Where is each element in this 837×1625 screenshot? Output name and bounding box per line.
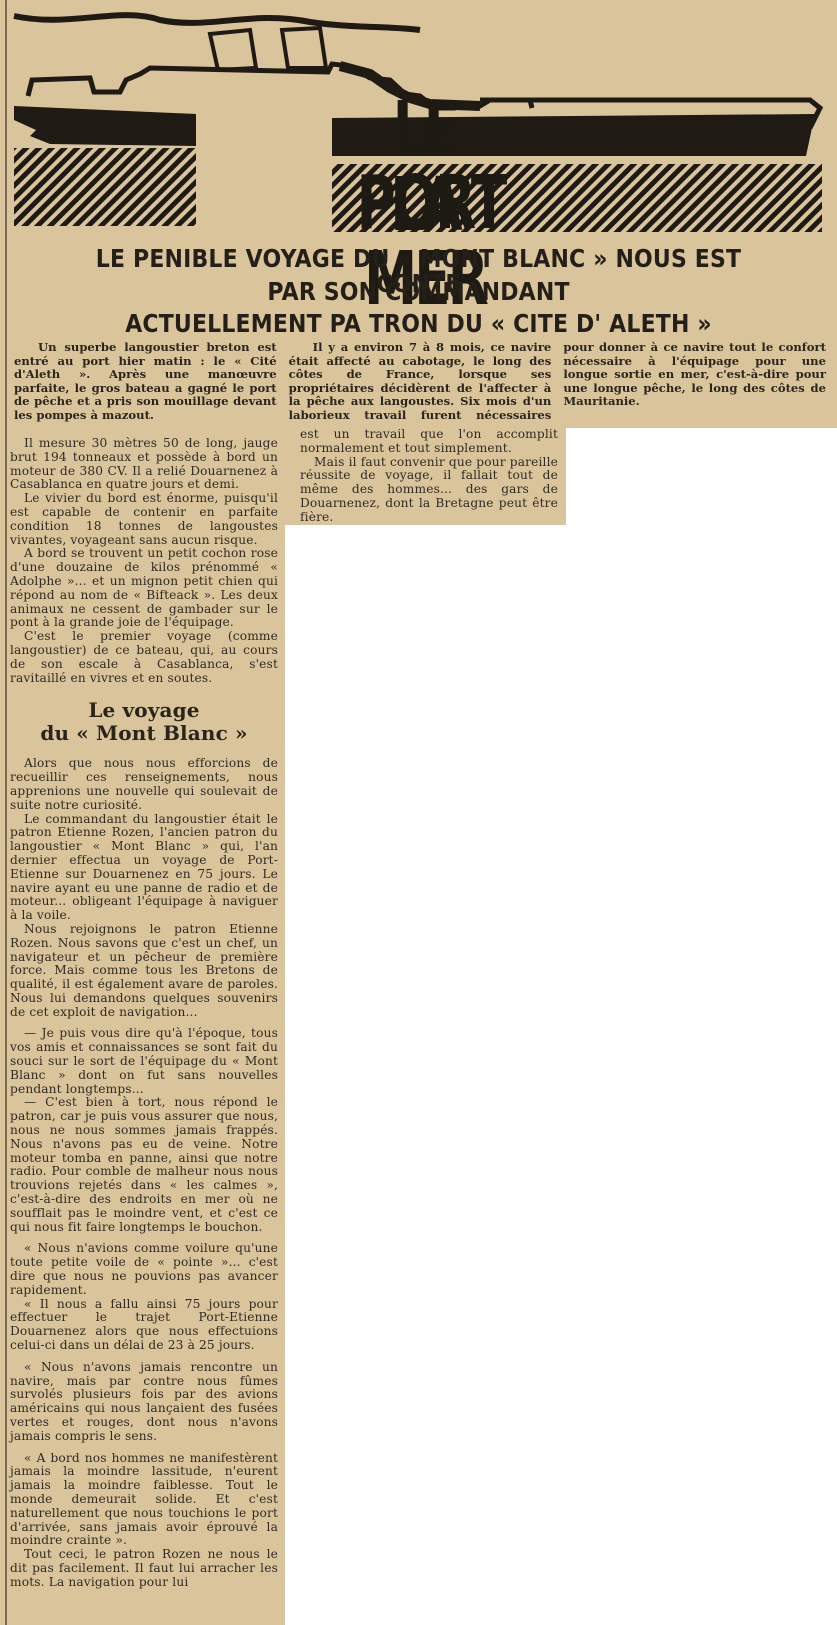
body-paragraph: — C'est bien à tort, nous répond le patr… <box>10 1096 278 1234</box>
body-paragraph: « Nous n'avons jamais rencontre un navir… <box>10 1361 278 1444</box>
body-paragraph: « A bord nos hommes ne manifestèrent jam… <box>10 1452 278 1549</box>
left-column-text: Il mesure 30 mètres 50 de long, jauge br… <box>10 437 278 1590</box>
headline-line2: PAR SON COMMANDANT <box>50 279 787 304</box>
body-paragraph: A bord se trouvent un petit cochon rose … <box>10 547 278 630</box>
body-paragraph: est un travail que l'on accomplit normal… <box>300 428 558 456</box>
body-paragraph: Tout ceci, le patron Rozen ne nous le di… <box>10 1548 278 1589</box>
body-paragraph: Le vivier du bord est énorme, puisqu'il … <box>10 492 278 547</box>
body-paragraph: « Il nous a fallu ainsi 75 jours pour ef… <box>10 1298 278 1353</box>
body-paragraph: Alors que nous nous efforcions de recuei… <box>10 757 278 812</box>
section-subhead: Le voyage du « Mont Blanc » <box>10 699 278 745</box>
article-intro: Un superbe langoustier breton est entré … <box>14 341 826 423</box>
body-paragraph: — Je puis vous dire qu'à l'époque, tous … <box>10 1027 278 1096</box>
body-paragraph: Mais il faut convenir que pour pareille … <box>300 456 558 525</box>
middle-column: est un travail que l'on accomplit normal… <box>285 428 566 525</box>
body-paragraph: Nous rejoignons le patron Etienne Rozen.… <box>10 923 278 1020</box>
intro-paragraph: Un superbe langoustier breton est entré … <box>14 341 277 423</box>
subhead-line1: Le voyage <box>10 699 278 722</box>
body-paragraph: Le commandant du langoustier était le pa… <box>10 813 278 923</box>
body-paragraph: C'est le premier voyage (comme langousti… <box>10 630 278 685</box>
body-paragraph: Il mesure 30 mètres 50 de long, jauge br… <box>10 437 278 492</box>
column-rule <box>5 0 7 1625</box>
subhead-line2: du « Mont Blanc » <box>10 722 278 745</box>
body-paragraph: « Nous n'avions comme voilure qu'une tou… <box>10 1242 278 1297</box>
middle-column-text: est un travail que l'on accomplit normal… <box>300 428 558 525</box>
intro-paragraph: Il y a environ 7 à 8 mois, ce navire éta… <box>289 341 826 423</box>
headline-line3: ACTUELLEMENT PA TRON DU « CITE D' ALETH … <box>50 311 787 336</box>
masthead: LE PORT LA MER <box>10 8 832 236</box>
